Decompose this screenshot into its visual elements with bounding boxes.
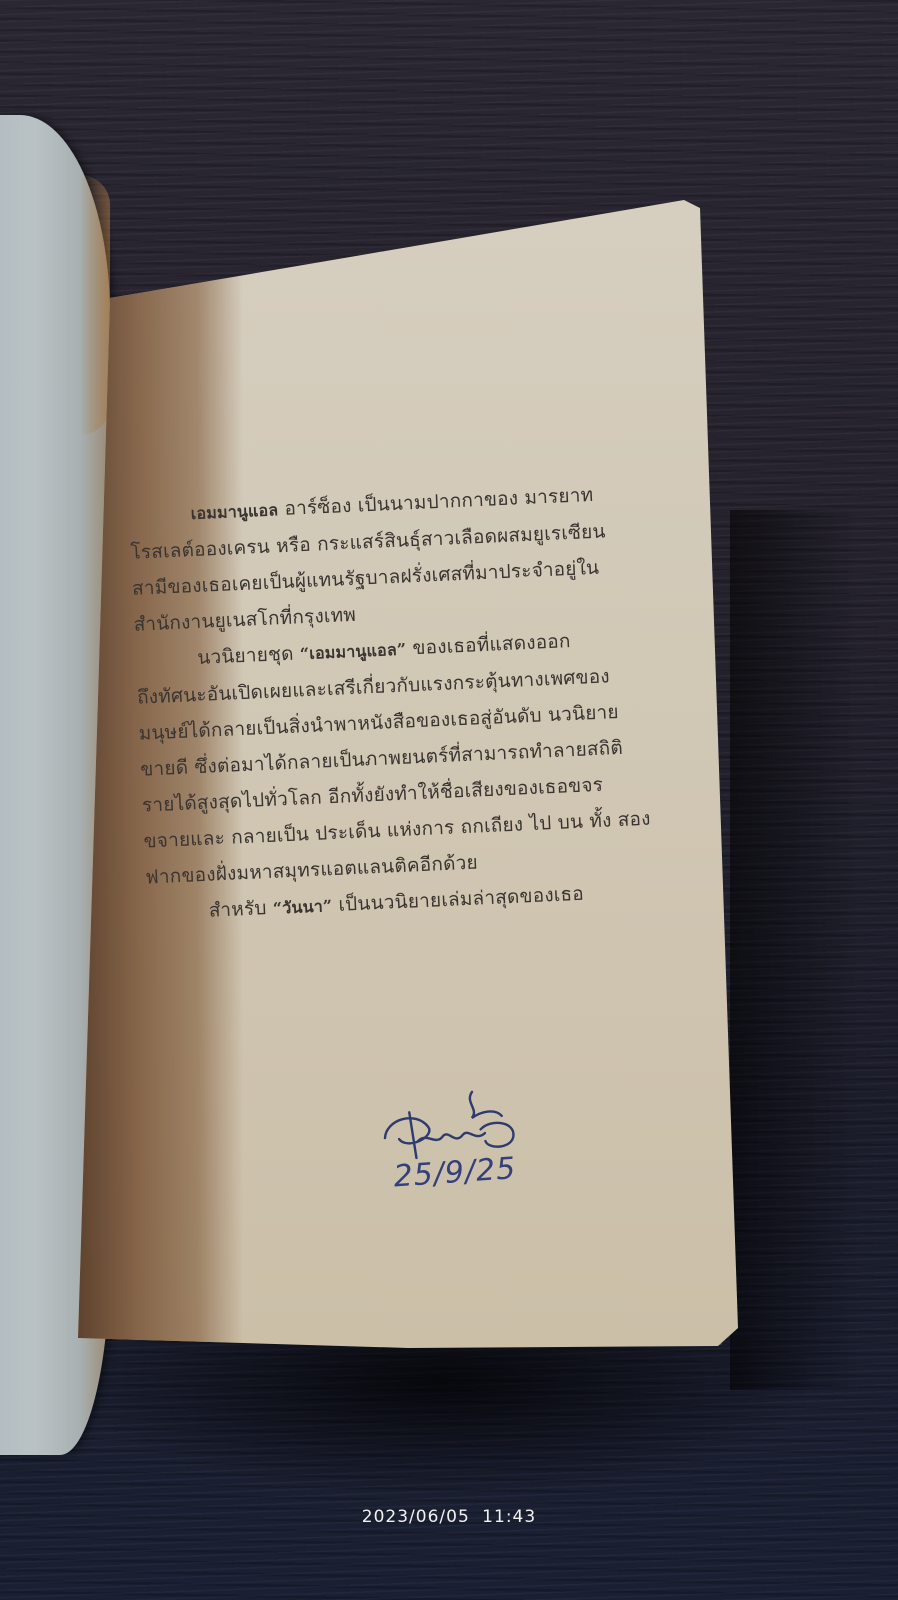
book-title: “วันนา”	[272, 896, 332, 918]
handwritten-date: 25/9/25	[393, 1151, 518, 1194]
camera-timestamp: 2023/06/05 11:43	[0, 1507, 898, 1527]
page-side-shadow	[730, 510, 860, 1390]
book-shadow	[60, 1330, 820, 1500]
author-name: เอมมานูแอล	[190, 500, 278, 523]
page-stain	[80, 175, 110, 435]
preface-text: เอมมานูแอล อาร์ซ็อง เป็นนามปากกาของ มารย…	[128, 475, 647, 932]
series-title: “เอมมานูแอล”	[299, 640, 406, 664]
handwritten-signature: 25/9/25	[374, 1080, 543, 1221]
